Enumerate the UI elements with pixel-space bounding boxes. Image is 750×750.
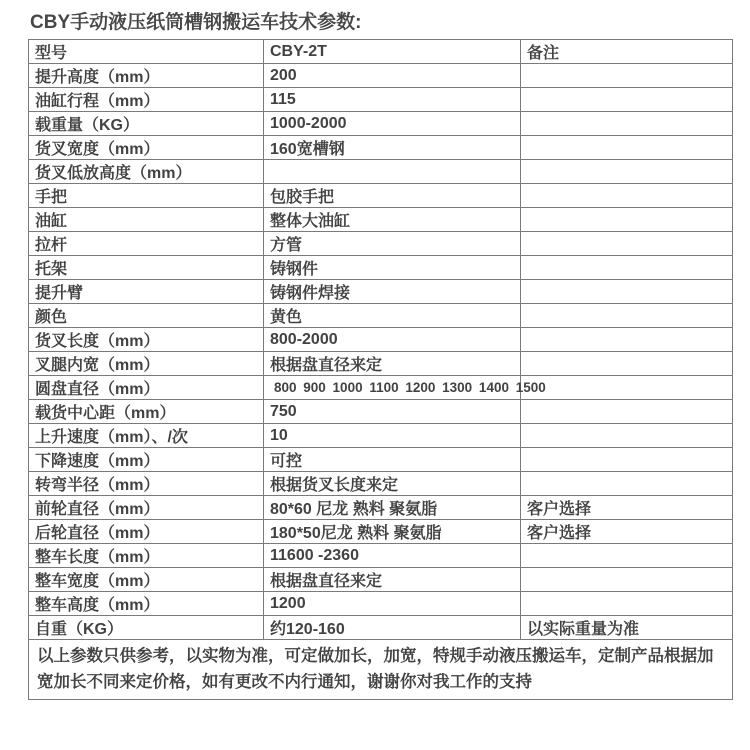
cell-param: 手把 xyxy=(29,184,264,208)
table-row: 货叉长度（mm）800-2000 xyxy=(29,328,733,352)
table-row: 货叉宽度（mm）160宽槽钢 xyxy=(29,136,733,160)
cell-note xyxy=(521,424,733,448)
header-row: 型号 CBY-2T 备注 xyxy=(29,40,733,64)
cell-value: 根据盘直径来定 xyxy=(264,568,521,592)
cell-param: 油缸 xyxy=(29,208,264,232)
table-row: 载货中心距（mm）750 xyxy=(29,400,733,424)
cell-value: 80*60 尼龙 熟料 聚氨脂 xyxy=(264,496,521,520)
cell-value: 200 xyxy=(264,64,521,88)
table-row: 货叉低放高度（mm） xyxy=(29,160,733,184)
table-row: 后轮直径（mm）180*50尼龙 熟料 聚氨脂客户选择 xyxy=(29,520,733,544)
cell-note xyxy=(521,376,733,400)
cell-value: 黄色 xyxy=(264,304,521,328)
cell-param: 拉杆 xyxy=(29,232,264,256)
cell-param: 上升速度（mm）、/次 xyxy=(29,424,264,448)
footer-row: 以上参数只供参考，以实物为准，可定做加长，加宽，特规手动液压搬运车，定制产品根据… xyxy=(29,640,733,700)
cell-note xyxy=(521,352,733,376)
cell-note xyxy=(521,256,733,280)
cell-param: 油缸行程（mm） xyxy=(29,88,264,112)
cell-note xyxy=(521,304,733,328)
cell-note xyxy=(521,544,733,568)
cell-param: 整车宽度（mm） xyxy=(29,568,264,592)
cell-param: 圆盘直径（mm） xyxy=(29,376,264,400)
cell-param: 叉腿内宽（mm） xyxy=(29,352,264,376)
table-row: 手把包胶手把 xyxy=(29,184,733,208)
table-row: 整车长度（mm）11600 -2360 xyxy=(29,544,733,568)
cell-note xyxy=(521,88,733,112)
cell-param: 货叉宽度（mm） xyxy=(29,136,264,160)
cell-note xyxy=(521,136,733,160)
cell-value: 750 xyxy=(264,400,521,424)
cell-value: 180*50尼龙 熟料 聚氨脂 xyxy=(264,520,521,544)
cell-value: 约120-160 xyxy=(264,616,521,640)
cell-note xyxy=(521,280,733,304)
cell-param: 货叉低放高度（mm） xyxy=(29,160,264,184)
cell-value: 包胶手把 xyxy=(264,184,521,208)
cell-value: 800-2000 xyxy=(264,328,521,352)
cell-value: 800 900 1000 1100 1200 1300 1400 1500 xyxy=(264,376,521,400)
cell-note xyxy=(521,568,733,592)
cell-note xyxy=(521,112,733,136)
cell-param: 提升高度（mm） xyxy=(29,64,264,88)
table-row: 载重量（KG）1000-2000 xyxy=(29,112,733,136)
cell-value: 可控 xyxy=(264,448,521,472)
cell-param: 货叉长度（mm） xyxy=(29,328,264,352)
table-row: 油缸整体大油缸 xyxy=(29,208,733,232)
cell-param: 载货中心距（mm） xyxy=(29,400,264,424)
cell-param: 载重量（KG） xyxy=(29,112,264,136)
cell-note xyxy=(521,184,733,208)
spec-table: 型号 CBY-2T 备注 提升高度（mm）200油缸行程（mm）115载重量（K… xyxy=(28,39,733,700)
cell-note xyxy=(521,448,733,472)
cell-param: 转弯半径（mm） xyxy=(29,472,264,496)
cell-note xyxy=(521,64,733,88)
cell-value: 整体大油缸 xyxy=(264,208,521,232)
table-row: 提升高度（mm）200 xyxy=(29,64,733,88)
table-row: 托架铸钢件 xyxy=(29,256,733,280)
param-table-body: 提升高度（mm）200油缸行程（mm）115载重量（KG）1000-2000货叉… xyxy=(29,64,733,640)
cell-value xyxy=(264,160,521,184)
table-row: 圆盘直径（mm）800 900 1000 1100 1200 1300 1400… xyxy=(29,376,733,400)
cell-value: 1200 xyxy=(264,592,521,616)
table-row: 下降速度（mm）可控 xyxy=(29,448,733,472)
cell-note xyxy=(521,160,733,184)
cell-note xyxy=(521,208,733,232)
cell-note: 客户选择 xyxy=(521,520,733,544)
page-title: CBY手动液压纸筒槽钢搬运车技术参数: xyxy=(30,7,750,34)
table-row: 拉杆方管 xyxy=(29,232,733,256)
table-row: 上升速度（mm）、/次10 xyxy=(29,424,733,448)
table-row: 整车高度（mm）1200 xyxy=(29,592,733,616)
cell-value: 11600 -2360 xyxy=(264,544,521,568)
cell-value: 铸钢件 xyxy=(264,256,521,280)
cell-param: 托架 xyxy=(29,256,264,280)
header-note: 备注 xyxy=(521,40,733,64)
cell-note xyxy=(521,400,733,424)
cell-note: 以实际重量为准 xyxy=(521,616,733,640)
cell-value: 铸钢件焊接 xyxy=(264,280,521,304)
cell-value: 10 xyxy=(264,424,521,448)
cell-param: 后轮直径（mm） xyxy=(29,520,264,544)
cell-note xyxy=(521,472,733,496)
cell-note xyxy=(521,232,733,256)
table-row: 油缸行程（mm）115 xyxy=(29,88,733,112)
cell-value: 160宽槽钢 xyxy=(264,136,521,160)
header-model-value: CBY-2T xyxy=(264,40,521,64)
cell-value: 方管 xyxy=(264,232,521,256)
cell-param: 整车高度（mm） xyxy=(29,592,264,616)
cell-param: 前轮直径（mm） xyxy=(29,496,264,520)
cell-value: 115 xyxy=(264,88,521,112)
cell-note xyxy=(521,328,733,352)
table-row: 颜色黄色 xyxy=(29,304,733,328)
footer-note: 以上参数只供参考，以实物为准，可定做加长，加宽，特规手动液压搬运车，定制产品根据… xyxy=(29,640,733,700)
header-model: 型号 xyxy=(29,40,264,64)
cell-param: 下降速度（mm） xyxy=(29,448,264,472)
table-row: 自重（KG）约120-160以实际重量为准 xyxy=(29,616,733,640)
cell-note: 客户选择 xyxy=(521,496,733,520)
cell-note xyxy=(521,592,733,616)
cell-param: 整车长度（mm） xyxy=(29,544,264,568)
cell-value: 根据货叉长度来定 xyxy=(264,472,521,496)
table-row: 叉腿内宽（mm）根据盘直径来定 xyxy=(29,352,733,376)
table-row: 前轮直径（mm）80*60 尼龙 熟料 聚氨脂客户选择 xyxy=(29,496,733,520)
cell-param: 自重（KG） xyxy=(29,616,264,640)
table-row: 转弯半径（mm）根据货叉长度来定 xyxy=(29,472,733,496)
cell-value: 根据盘直径来定 xyxy=(264,352,521,376)
cell-param: 颜色 xyxy=(29,304,264,328)
table-row: 提升臂铸钢件焊接 xyxy=(29,280,733,304)
table-row: 整车宽度（mm）根据盘直径来定 xyxy=(29,568,733,592)
page: CBY手动液压纸筒槽钢搬运车技术参数: 型号 CBY-2T 备注 提升高度（mm… xyxy=(0,0,750,700)
cell-value: 1000-2000 xyxy=(264,112,521,136)
cell-param: 提升臂 xyxy=(29,280,264,304)
